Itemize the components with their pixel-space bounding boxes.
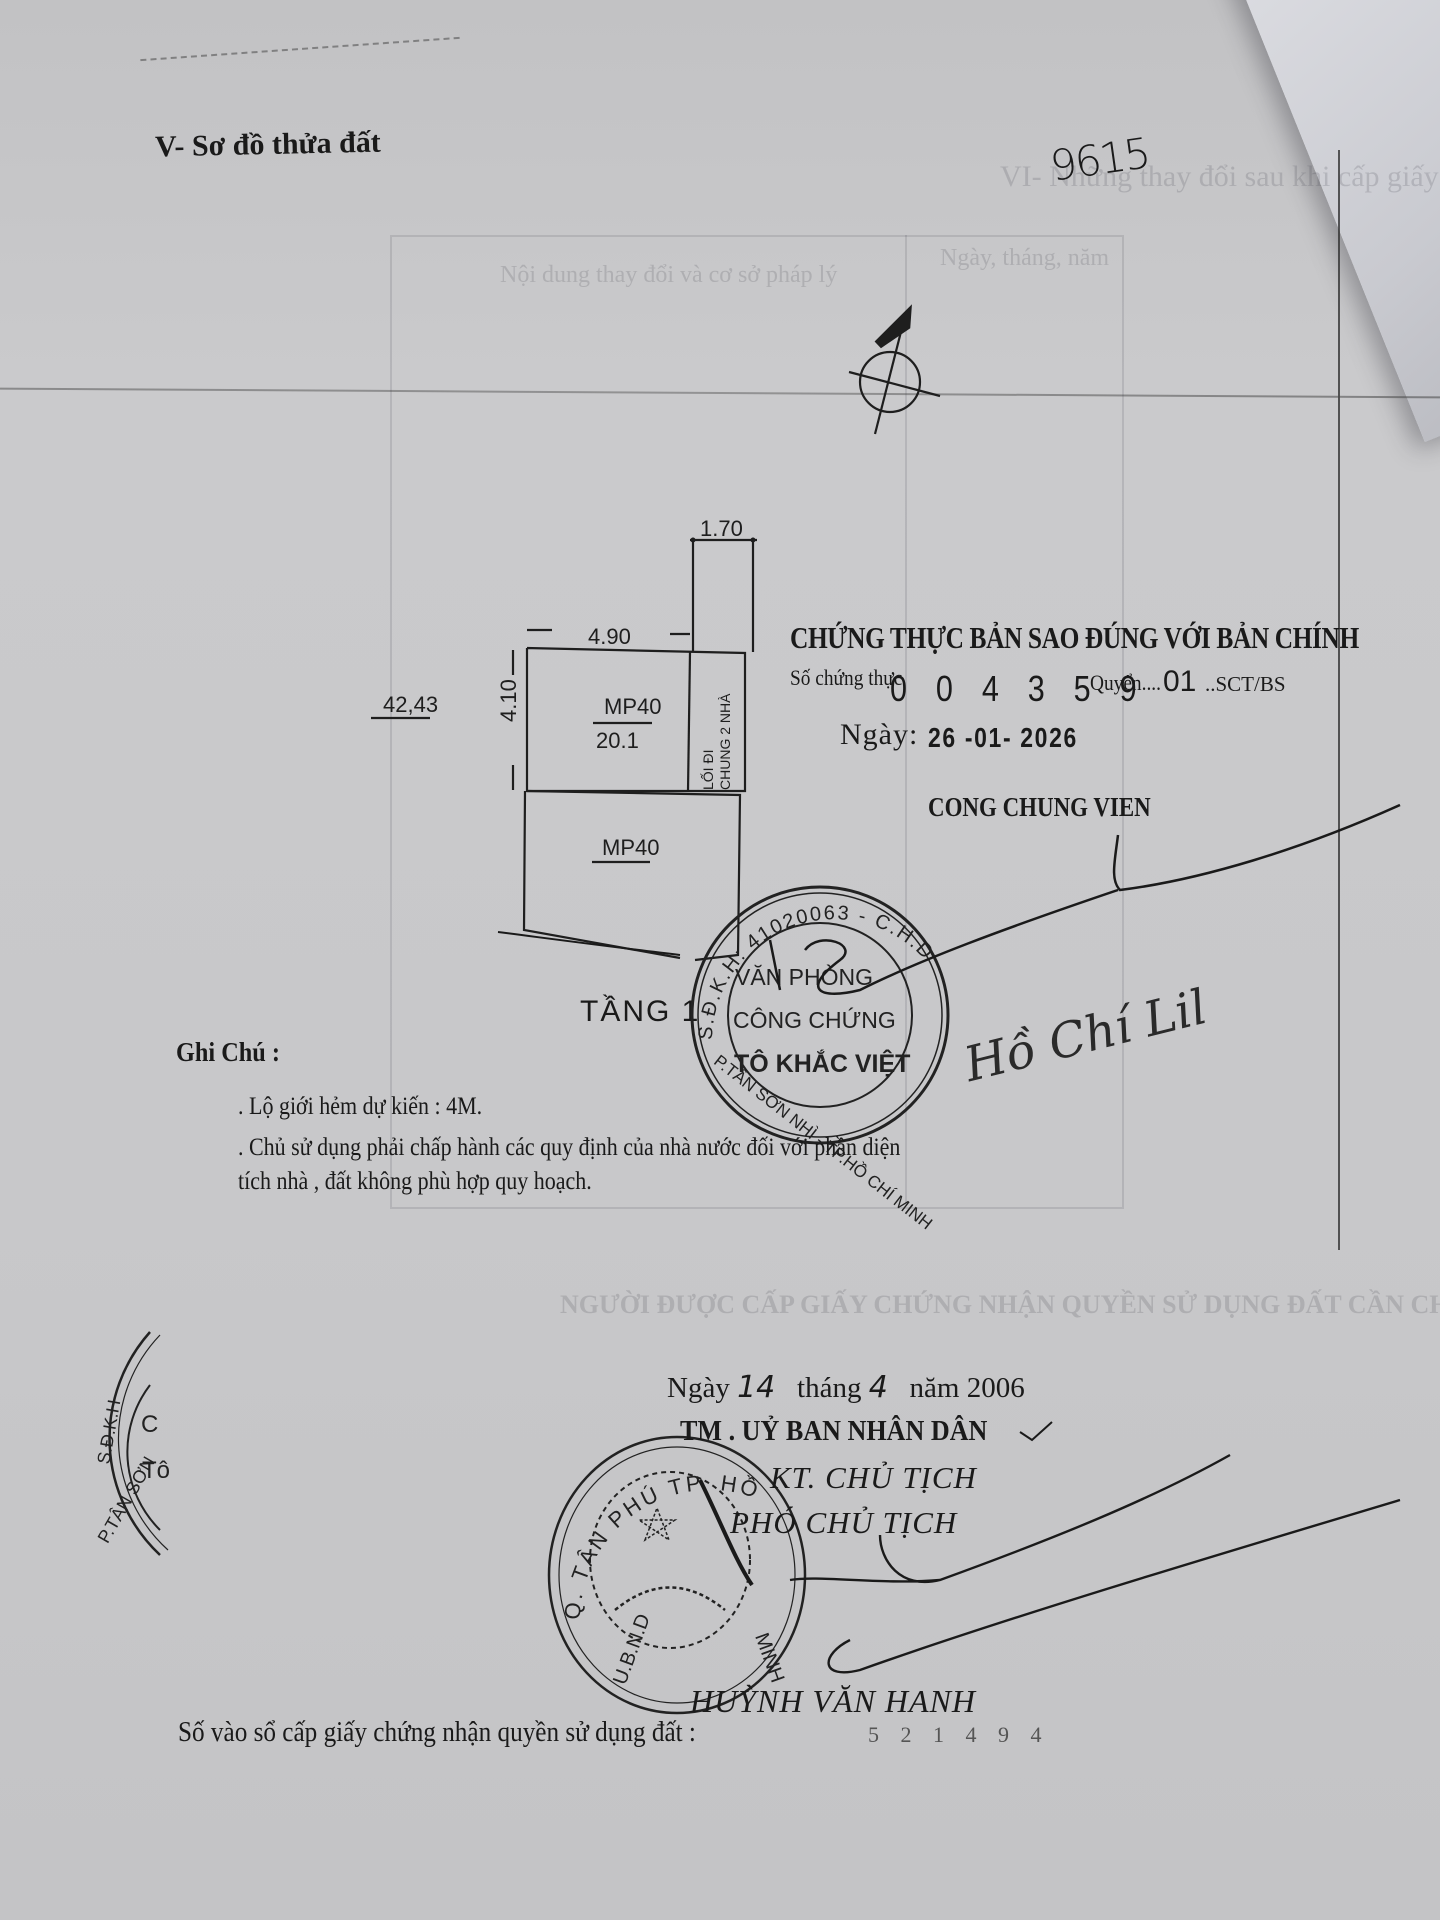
parcel-area: 20.1: [596, 728, 639, 754]
month-label: tháng: [797, 1372, 861, 1404]
note-item: tích nhà , đất không phù hợp quy hoạch.: [238, 1168, 592, 1196]
issuance-date: Ngày 14 tháng 4 năm 2006: [667, 1370, 1025, 1405]
passage-label-line1: LỐI ĐI: [700, 694, 717, 790]
book-suffix: ..SCT/BS: [1205, 672, 1286, 697]
book-number: 01: [1163, 665, 1196, 699]
passage-label-line2: CHUNG 2 NHÀ: [717, 694, 734, 790]
note-item: . Lộ giới hẻm dự kiến : 4M.: [238, 1093, 482, 1121]
issuance-month: 4: [869, 1370, 888, 1405]
notary-role: CONG CHUNG VIEN: [928, 792, 1151, 823]
committee-seal: [549, 1437, 805, 1713]
notary-heading: CHỨNG THỰC BẢN SAO ĐÚNG VỚI BẢN CHÍNH: [790, 620, 1359, 656]
ghost-text: Nội dung thay đổi và cơ sở pháp lý: [500, 262, 837, 289]
issuance-year: 2006: [967, 1372, 1025, 1404]
shared-passage-label: LỐI ĐI CHUNG 2 NHÀ: [700, 694, 734, 790]
cert-number-label: Số chứng thực: [790, 665, 902, 691]
issuance-day: 14: [737, 1370, 775, 1405]
on-behalf-title: KT. CHỦ TỊCH: [770, 1460, 977, 1496]
top-dash-line: [140, 37, 459, 61]
document-page: VI- Những thay đổi sau khi cấp giấy chứn…: [0, 0, 1440, 1920]
signer-name: HUỲNH VĂN HANH: [690, 1683, 976, 1720]
ghost-text: Ngày, tháng, năm: [940, 245, 1109, 272]
note-item: . Chủ sử dụng phải chấp hành các quy địn…: [238, 1134, 900, 1162]
notary-date: 26 -01- 2026: [928, 722, 1078, 754]
ghost-text: NGƯỜI ĐƯỢC CẤP GIẤY CHỨNG NHẬN QUYỀN SỬ …: [560, 1290, 1440, 1320]
page-fold-corner: [1230, 0, 1440, 442]
page-edge: [1338, 150, 1340, 1250]
svg-text:MINH: MINH: [750, 1630, 788, 1686]
dimension-main-width: 4.90: [588, 624, 631, 650]
section-title: V- Sơ đồ thửa đất: [155, 126, 381, 165]
parcel-code: MP40: [604, 694, 661, 720]
position-title: PHÓ CHỦ TỊCH: [730, 1505, 957, 1541]
svg-text:U.B.N.D: U.B.N.D: [609, 1611, 655, 1687]
notary-date-label: Ngày:: [840, 718, 918, 752]
registry-value: 5 2 1 4 9 4: [868, 1722, 1050, 1748]
left-stamp-line2: Tô: [142, 1457, 170, 1484]
dimension-side-height: 4.10: [496, 679, 522, 722]
registry-label: Số vào sổ cấp giấy chứng nhận quyền sử d…: [178, 1717, 696, 1749]
committee-title: TM . UỶ BAN NHÂN DÂN: [680, 1415, 987, 1448]
dimension-passage-width: 1.70: [700, 516, 743, 542]
year-label: năm: [910, 1372, 960, 1404]
book-label: Quyển....: [1090, 670, 1161, 696]
partial-left-stamp: [110, 1332, 168, 1555]
floor-label: TẦNG 1: [580, 995, 700, 1029]
left-stamp-line1: C: [141, 1411, 158, 1438]
svg-text:Q. TÂN PHÚ TP. HỒ: Q. TÂN PHÚ TP. HỒ: [560, 1470, 764, 1621]
notes-title: Ghi Chú :: [176, 1037, 280, 1068]
svg-text:S.Đ.K.H: S.Đ.K.H: [93, 1398, 124, 1466]
date-prefix: Ngày: [667, 1372, 730, 1404]
svg-text:P.TÂN SƠN: P.TÂN SƠN: [94, 1453, 159, 1546]
adjacent-parcel-value: 42,43: [383, 692, 438, 718]
parcel-code-lower: MP40: [602, 835, 659, 861]
